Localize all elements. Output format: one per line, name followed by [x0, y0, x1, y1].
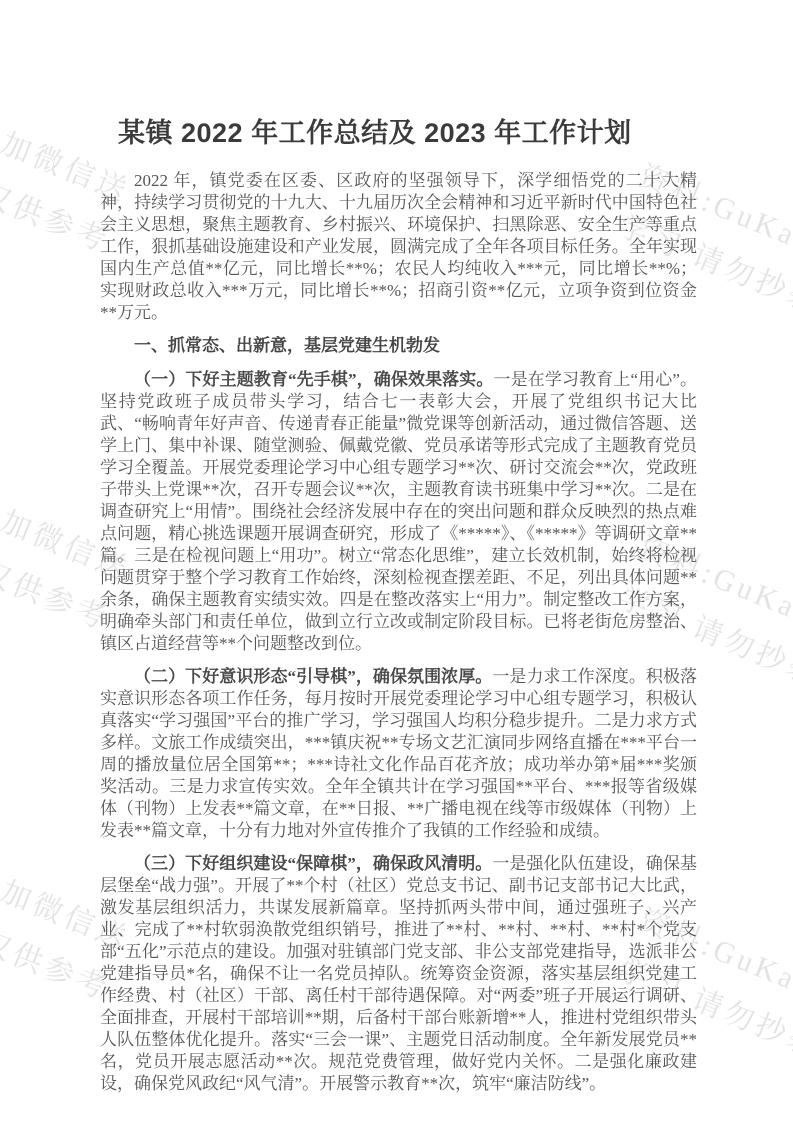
- intro-paragraph: 2022 年，镇党委在区委、区政府的坚强领导下，深学细悟党的二十大精神，持续学习…: [100, 170, 697, 324]
- paragraph-3-body: 一是强化队伍建设，确保基层堡垒“战力强”。开展了**个村（社区）党总支书记、副书…: [100, 854, 697, 1093]
- paragraph-3: （三）下好组织建设“保障棋”，确保政风清明。一是强化队伍建设，确保基层堡垒“战力…: [100, 853, 697, 1095]
- document-page: 加微信送 仅供参考 加微信送 仅供参考 加微信送 仅供参考 资料:GuKai 学…: [0, 0, 793, 1122]
- paragraph-1: （一）下好主题教育“先手棋”，确保效果落实。一是在学习教育上“用心”。坚持党政班…: [100, 369, 697, 655]
- paragraph-3-lead: （三）下好组织建设“保障棋”，确保政风清明。: [134, 854, 492, 873]
- paragraph-1-body: 一是在学习教育上“用心”。坚持党政班子成员带头学习，结合七一表彰大会，开展了党组…: [100, 370, 697, 653]
- document-title: 某镇 2022 年工作总结及 2023 年工作计划: [118, 116, 697, 150]
- paragraph-2-body: 一是力求工作深度。积极落实意识形态各项工作任务，每月按时开展党委理论学习中心组专…: [100, 667, 697, 840]
- paragraph-2: （二）下好意识形态“引导棋”，确保氛围浓厚。一是力求工作深度。积极落实意识形态各…: [100, 666, 697, 842]
- section-1-heading: 一、抓常态、出新意，基层党建生机勃发: [100, 335, 697, 357]
- paragraph-2-lead: （二）下好意识形态“引导棋”，确保氛围浓厚。: [134, 667, 492, 686]
- paragraph-1-lead: （一）下好主题教育“先手棋”，确保效果落实。: [134, 370, 494, 389]
- document-content: 某镇 2022 年工作总结及 2023 年工作计划 2022 年，镇党委在区委、…: [100, 116, 697, 1106]
